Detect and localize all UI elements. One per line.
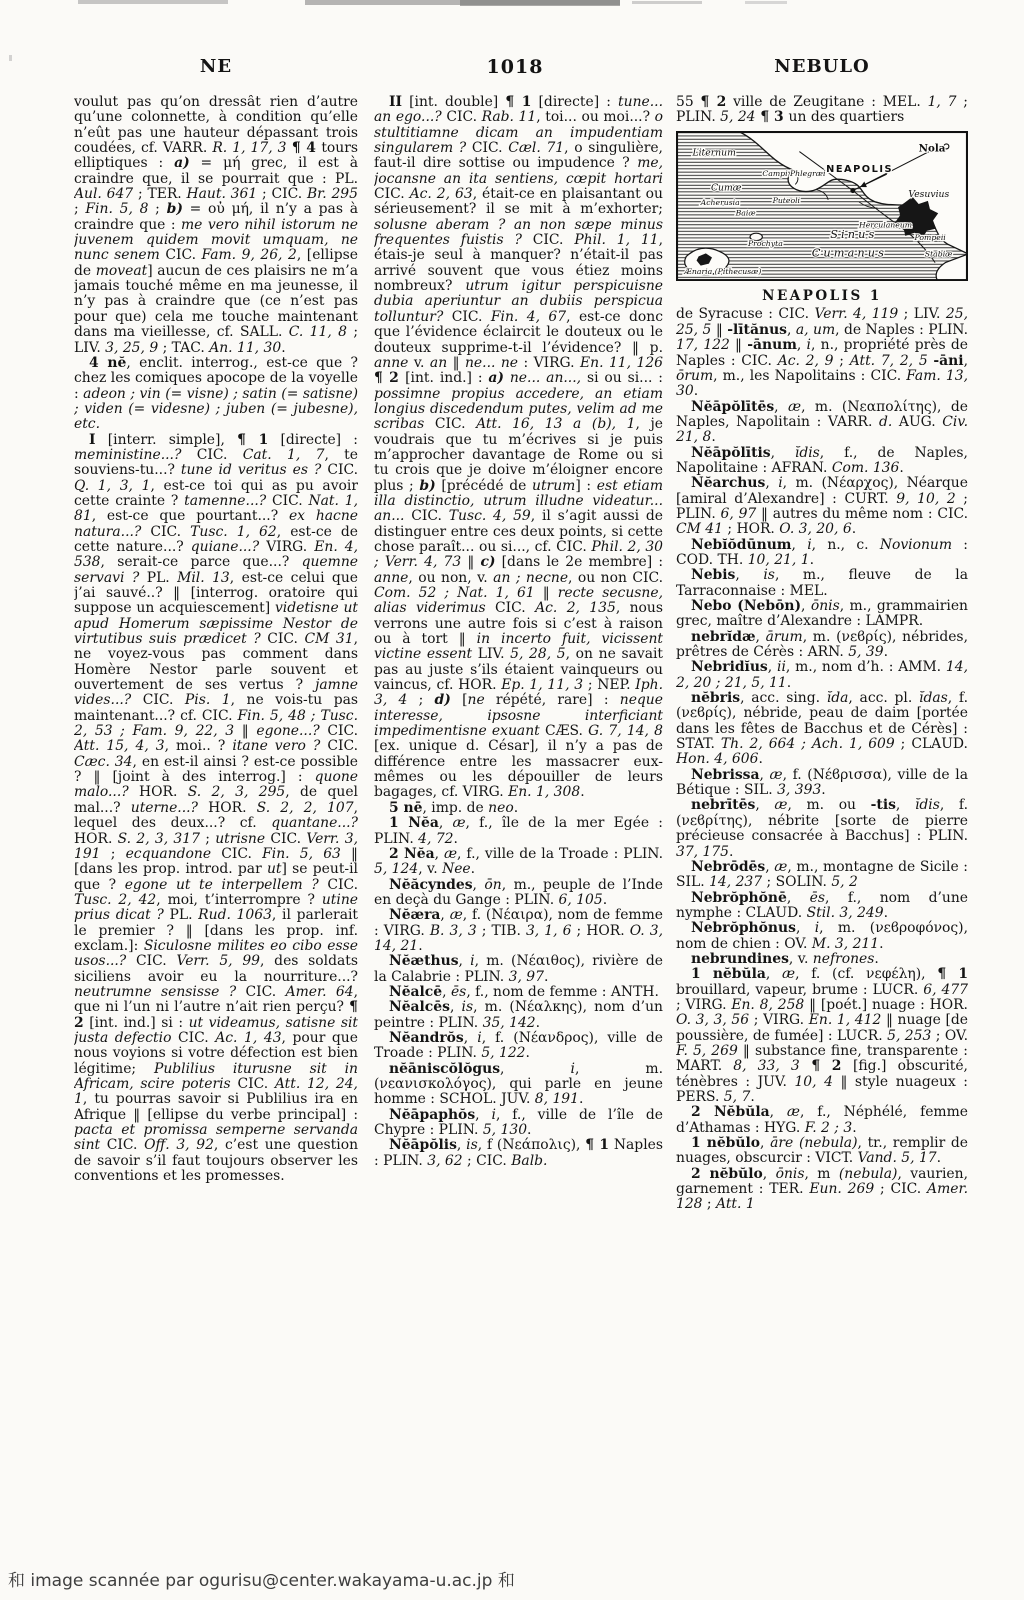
text-run: , — [765, 475, 778, 491]
text-run: Nebrŏphŏnē — [691, 890, 787, 906]
text-run: Tusc. 4, 59 — [449, 508, 531, 524]
text-run: 3, 62 — [427, 1153, 462, 1169]
text-run: , f., nom de femme : ANTH. — [466, 984, 659, 1000]
text-run: (nebula) — [839, 1166, 898, 1182]
text-run: CIC. — [442, 109, 482, 125]
text-run: , — [475, 1107, 491, 1123]
text-run: ; — [834, 353, 850, 369]
text-run: En. 11, 126 — [580, 355, 663, 371]
text-run: Fin. 4, 67 — [491, 309, 566, 325]
text-run: . — [536, 1015, 540, 1031]
text-run: Att. 7, 2, 5 — [850, 353, 928, 369]
text-run: [interr. simple], — [96, 432, 238, 448]
text-run: 8, 191 — [535, 1091, 579, 1107]
text-run: nĕāniscŏlŏgus — [389, 1061, 500, 1077]
text-run: æ — [787, 1104, 800, 1120]
text-run: Att. 15, 4, 3 — [74, 738, 165, 754]
text-run: , — [792, 537, 808, 553]
text-run: , m., les Napolitains : CIC. — [713, 368, 906, 384]
text-run: CIC. — [231, 1076, 275, 1092]
text-run: 5, 24 — [720, 109, 755, 125]
paragraph: II [int. double] ¶ 1 [directe] : tune...… — [374, 95, 663, 801]
text-run: Q. 1, 3, 1 — [74, 478, 150, 494]
text-run: CIC. — [486, 600, 535, 616]
text-run: , m. ou — [787, 797, 870, 813]
text-run: æ — [788, 399, 801, 415]
text-run: c) — [480, 554, 495, 570]
text-run: ; — [407, 692, 434, 708]
text-run: egone...? — [256, 723, 319, 739]
text-run: ne... an..., — [510, 370, 581, 386]
paragraph: Nĕăcyndes, ōn, m., peuple de l’Inde en d… — [374, 878, 663, 909]
text-run: Stil. 3, 249 — [807, 905, 884, 921]
text-run: brouillard, vapeur, brume : LUCR. — [676, 982, 923, 998]
text-run: Nebrissa — [691, 767, 759, 783]
text-run: 4, 72 — [418, 831, 453, 847]
text-run: II — [389, 95, 402, 110]
text-run: CÆS. — [540, 723, 588, 739]
text-run: uterne...? — [131, 800, 198, 816]
text-run: 1 Nĕa — [389, 815, 439, 831]
paragraph: Nebrŏphŏnē, ēs, f., nom d’une nymphe : C… — [676, 891, 968, 922]
text-run: Att. 1 — [716, 1196, 755, 1212]
text-run: Nebridĭus — [691, 659, 768, 675]
text-run: 14, 237 — [709, 874, 762, 890]
text-run: , toi... ou moi...? — [536, 109, 654, 125]
text-run: ; — [200, 831, 215, 847]
text-run: nefrones — [813, 951, 875, 967]
text-run: ; TIB. — [477, 923, 526, 939]
text-run: S. 2, 3, 317 — [118, 831, 200, 847]
text-run: ‖ — [447, 355, 465, 371]
text-run: Nĕarchus — [691, 475, 765, 491]
map-figure: LiternumNolaCampi PhlegræiNEAPOLISVesuvi… — [676, 131, 968, 305]
text-run: En. 1, 412 — [809, 1012, 882, 1028]
paragraph: Nĕāpŏlītēs, æ, m. (Νεαπολίτης), de Naple… — [676, 400, 968, 446]
text-run: Nebĭŏdūnum — [691, 537, 792, 553]
text-run: Ep. 1, 11, 3 — [501, 677, 583, 693]
text-run: a) — [488, 370, 504, 386]
text-run: CM 31 — [305, 631, 354, 647]
paragraph: Nĕarchus, i, m. (Νέαρχος), Néarque [amir… — [676, 476, 968, 537]
text-run: d. — [879, 414, 892, 430]
paragraph: I [interr. simple], ¶ 1 [directe] : memi… — [74, 433, 358, 1185]
text-run: Haut. 361 — [187, 186, 258, 202]
text-run: nebrundines — [691, 951, 789, 967]
text-run: ; CIC. — [257, 186, 307, 202]
text-run: , — [796, 920, 815, 936]
text-run: , — [765, 859, 774, 875]
text-run: , tu pourras savoir si Publilius ira en … — [74, 1091, 358, 1122]
text-run: . — [884, 644, 888, 660]
text-run: ¶ 3 — [756, 109, 789, 125]
text-run: ēs — [810, 890, 825, 906]
text-run: nebrītēs — [691, 797, 755, 813]
text-run: Nĕæra — [389, 907, 440, 923]
text-run: -lītănus — [727, 322, 787, 338]
text-run: G. 7, 14, 8 — [588, 723, 663, 739]
text-run: CIC. — [141, 524, 190, 540]
text-run: . — [884, 905, 888, 921]
text-run: : VIRG. — [518, 355, 580, 371]
text-run: -āni — [933, 353, 963, 369]
text-run: ‖ autres du même nom : CIC. — [756, 506, 968, 522]
text-run: [int. ind.] si : — [84, 1015, 189, 1031]
text-run: ; SOLIN. — [762, 874, 831, 890]
paragraph: Nĕāpŏlītis, ĭdis, f., de Naples, Napolit… — [676, 446, 968, 477]
scan-watermark: 和 image scannée par ogurisu@center.wakay… — [8, 1566, 515, 1591]
text-run: 5, 124 — [374, 861, 418, 877]
text-run: 8, 33, 3 — [733, 1058, 800, 1074]
text-run: Nĕāpaphŏs — [389, 1107, 475, 1123]
text-run: , — [464, 1030, 477, 1046]
text-run: Nĕăcyndes — [389, 877, 473, 893]
text-run: -tis — [871, 797, 896, 813]
text-run: En. 1, 308 — [508, 784, 580, 800]
text-run: Ac. 2, 9 — [778, 353, 834, 369]
text-run: 5, 28, 5 — [510, 646, 565, 662]
text-run: CIC. — [424, 416, 476, 432]
text-run: VIRG. — [259, 539, 314, 555]
text-run: Br. 295 — [307, 186, 358, 202]
text-run: ¶ 1 — [505, 95, 531, 110]
text-run: 5, 39 — [848, 644, 883, 660]
text-run: ōrum — [676, 368, 713, 384]
text-run: an — [430, 355, 447, 371]
text-run: Th. 2, 664 ; Ach. 1, 609 — [721, 736, 895, 752]
text-run: 3, 393 — [777, 782, 821, 798]
text-run: . — [874, 951, 878, 967]
map-label: Puteoli — [772, 196, 801, 205]
text-run: quiane...? — [191, 539, 259, 555]
text-run: 3, 1, 6 — [526, 923, 571, 939]
scan-noise-strip — [632, 1, 702, 4]
text-run: , v. — [418, 861, 442, 877]
text-run: neo — [488, 800, 514, 816]
text-run: C. 11, 8 — [289, 324, 347, 340]
text-run: 5, 2 — [831, 874, 858, 890]
text-run: CIC. — [131, 692, 185, 708]
text-run: ‖ [poét.] nuage : HOR. — [804, 997, 968, 1013]
text-run: . — [694, 383, 698, 399]
text-run: . — [750, 1089, 754, 1105]
text-run: , — [755, 797, 774, 813]
text-run: Att. 16, 13 a (b), 1 — [476, 416, 635, 432]
text-run: [précédé de — [436, 478, 532, 494]
text-run: a, um — [796, 322, 835, 338]
text-run: , — [473, 877, 485, 893]
text-run: ārum — [766, 629, 803, 645]
text-run: Nebrŏphŏnus — [691, 920, 796, 936]
text-run: . — [603, 892, 607, 908]
text-run: Aul. 647 — [74, 186, 133, 202]
text-run: , — [771, 445, 795, 461]
paragraph: Nĕāpaphŏs, i, f., ville de l’île de Chyp… — [374, 1108, 663, 1139]
text-run: , f., ville de la Troade : PLIN. — [457, 846, 663, 862]
column-3: 55 ¶ 2 ville de Zeugitane : MEL. 1, 7 ; … — [676, 95, 968, 1560]
text-run: HOR. — [74, 831, 118, 847]
text-run: adeon ; vin (= visne) ; satin (= satisne… — [74, 386, 358, 433]
text-run: 2 nĕbŭlo — [691, 1166, 763, 1182]
text-run: ; VIRG. — [676, 997, 731, 1013]
text-run: S. 2, 3, 295 — [188, 784, 285, 800]
text-run: , moi.. ? — [165, 738, 233, 754]
text-run: Nee — [442, 861, 471, 877]
text-run: . — [454, 831, 458, 847]
text-run: CIC. — [265, 831, 306, 847]
text-run: ‖ — [535, 585, 558, 601]
text-run: æ — [770, 767, 783, 783]
text-run: , — [801, 598, 811, 614]
text-run: . — [514, 800, 518, 816]
text-run: is — [763, 567, 775, 583]
text-run: Pis. 1 — [185, 692, 231, 708]
paragraph: nebrĭdæ, ārum, m. (νεϐρίς), nébrides, pr… — [676, 630, 968, 661]
page-number: 1018 — [370, 56, 660, 80]
text-run: CIC. — [171, 1030, 215, 1046]
text-run: Cæc. 34 — [74, 754, 133, 770]
text-run: Fin. 5, 63 — [262, 846, 341, 862]
text-run: ōn — [484, 877, 501, 893]
text-run: Nĕalcēs — [389, 999, 450, 1015]
paragraph: Nebĭŏdūnum, i, n., c. Novionum : COD. TH… — [676, 538, 968, 569]
text-run: 5, 122 — [481, 1045, 525, 1061]
paragraph: nĕbris, acc. sing. ĭda, acc. pl. ĭdas, f… — [676, 691, 968, 768]
text-run: CIC. — [266, 493, 308, 509]
paragraph: 55 ¶ 2 ville de Zeugitane : MEL. 1, 7 ; … — [676, 95, 968, 126]
text-run: ōnis — [811, 598, 840, 614]
map-label: Stabiæ — [925, 249, 953, 258]
text-run: ; — [74, 201, 85, 217]
text-run: CIC. — [522, 232, 574, 248]
text-run: . — [937, 1150, 941, 1166]
text-run: moveat — [96, 263, 147, 279]
text-run: 10, 21, 1 — [748, 552, 810, 568]
text-run: , — [756, 629, 766, 645]
text-run: CIC. — [126, 953, 176, 969]
text-run: Nĕandrŏs — [389, 1030, 464, 1046]
text-run: . — [879, 936, 883, 952]
text-run: 6, 105 — [559, 892, 603, 908]
text-run: [ — [451, 692, 468, 708]
text-run: , n., c. — [812, 537, 880, 553]
text-run: , m — [804, 1166, 838, 1182]
text-run: . — [281, 340, 285, 356]
text-run: ] : — [575, 478, 596, 494]
text-run: ‖ — [730, 337, 747, 353]
scan-noise-strip — [78, 0, 228, 4]
text-run: , est-ce que pourtant...? — [92, 508, 289, 524]
text-run: , — [787, 322, 796, 338]
paragraph: 1 Nĕa, æ, f., île de la mer Egée : PLIN.… — [374, 816, 663, 847]
text-run: 1 nĕbŭla — [691, 966, 766, 982]
text-run: 4 nĕ — [89, 355, 126, 371]
text-run: nĕbris — [691, 690, 740, 706]
text-run: ‖ — [234, 723, 256, 739]
text-run: CIC. — [404, 508, 448, 524]
text-run: . — [852, 521, 856, 537]
paragraph: Nĕāpŏlis, is, f (Νεάπολις), ¶ 1 Naples :… — [374, 1138, 663, 1169]
paragraph: 4 nĕ, enclit. interrog., est-ce que ? ch… — [74, 356, 358, 433]
text-run: neutrumne sensisse ? — [74, 984, 236, 1000]
paragraph: Nĕalcē, ēs, f., nom de femme : ANTH. — [374, 985, 663, 1000]
text-run: HOR. — [129, 784, 188, 800]
text-run: , de Naples : PLIN. — [835, 322, 968, 338]
map-label: Sinus — [830, 228, 877, 241]
map-label: Baiæ — [735, 208, 756, 217]
paragraph: 2 Nĕa, æ, f., ville de la Troade : PLIN.… — [374, 847, 663, 878]
text-run: ĭdis — [795, 445, 820, 461]
text-run: . — [418, 938, 422, 954]
text-run: Nebis — [691, 567, 735, 583]
text-run: æ — [774, 859, 787, 875]
map-label: Nola — [919, 142, 946, 154]
text-run: . — [579, 1091, 583, 1107]
paragraph: 1 nĕbŭla, æ, f. (cf. νεφέλη), ¶ 1 brouil… — [676, 967, 968, 1105]
text-run: PL. — [164, 907, 198, 923]
text-run: ; CIC. — [874, 1181, 927, 1197]
text-run: , — [759, 767, 769, 783]
text-run: Rab. 11 — [482, 109, 537, 125]
paragraph: 1 nĕbŭlo, āre (nebula), tr., remplir de … — [676, 1136, 968, 1167]
text-run: CIC. — [319, 877, 358, 893]
text-run: . — [758, 751, 762, 767]
text-run: Verr. 4, 119 — [814, 306, 898, 322]
text-run: . — [526, 1045, 530, 1061]
text-run: ōnis — [776, 1166, 805, 1182]
text-run: 1, 7 — [928, 95, 957, 110]
text-run: PL. — [139, 570, 177, 586]
text-run: O. 3, 20, 6 — [779, 521, 851, 537]
text-run: de Syracuse : CIC. — [676, 306, 814, 322]
text-run: ; HOR. — [571, 923, 629, 939]
map-svg: LiternumNolaCampi PhlegræiNEAPOLISVesuvi… — [676, 131, 968, 281]
text-run: , — [787, 890, 810, 906]
text-run: F. 5, 269 — [676, 1043, 738, 1059]
text-run: Nebo (Nebōn) — [691, 598, 801, 614]
text-run: , m., nom d’h. : AMM. — [786, 659, 946, 675]
text-run: 6, 477 — [923, 982, 968, 998]
text-run: Nĕāpŏlītis — [691, 445, 771, 461]
text-run: , — [439, 815, 453, 831]
text-run: . — [810, 552, 814, 568]
text-run: 5, 130 — [483, 1122, 527, 1138]
text-run: Eun. 269 — [809, 1181, 874, 1197]
text-run: utrisne — [215, 831, 265, 847]
text-run: ut — [267, 861, 282, 877]
text-run: ; OV. — [931, 1028, 968, 1044]
text-run: ecquandone — [126, 846, 212, 862]
text-run: , — [768, 659, 777, 675]
text-run: tamenne...? — [184, 493, 266, 509]
text-run: [directe] : — [268, 432, 358, 448]
scan-noise-strip — [745, 1, 787, 4]
map-label: NEAPOLIS — [826, 164, 893, 175]
text-run: Cæl. 71 — [508, 140, 564, 156]
text-run: , ou non, v. — [408, 570, 493, 586]
text-run: is — [462, 999, 474, 1015]
text-run: Ac. 2, 135 — [535, 600, 616, 616]
text-run: ; TER. — [133, 186, 186, 202]
text-run: , — [763, 1166, 776, 1182]
text-run: Cat. 1, 7 — [243, 447, 325, 463]
text-run: , — [760, 1135, 770, 1151]
text-run: ii — [777, 659, 786, 675]
paragraph: 2 Nĕbŭla, æ, f., Néphélé, femme d’Athama… — [676, 1105, 968, 1136]
text-run: 55 — [676, 95, 701, 110]
column-2: II [int. double] ¶ 1 [directe] : tune...… — [374, 95, 663, 1560]
paragraph: Nebrōdēs, æ, m., montagne de Sicile : SI… — [676, 860, 968, 891]
text-run: Nĕæthus — [389, 953, 459, 969]
text-run: . — [544, 969, 548, 985]
text-run: Off. 3, 92 — [144, 1137, 214, 1153]
text-run: ‖ — [711, 322, 727, 338]
map-label: Liternum — [691, 147, 736, 158]
text-run: . — [471, 861, 475, 877]
text-run: 5, 7 — [724, 1089, 751, 1105]
map-label: Prochyta — [747, 239, 783, 248]
text-run: Rud. 1063 — [198, 907, 272, 923]
text-run: B. 3, 3 — [430, 923, 477, 939]
text-run: , — [500, 1061, 570, 1077]
paragraph: Nebo (Nebōn), ōnis, m., grammairien grec… — [676, 599, 968, 630]
text-run: CIC. — [100, 1137, 144, 1153]
text-run: ; — [148, 201, 166, 217]
text-run: CIC. — [321, 462, 358, 478]
text-run: . — [527, 1122, 531, 1138]
text-run: æ — [452, 815, 465, 831]
text-run: Novionum — [880, 537, 952, 553]
text-run: Fin. 5, 8 — [85, 201, 148, 217]
text-run: , — [896, 797, 915, 813]
text-run: ; NEP. — [583, 677, 635, 693]
text-run: anne — [374, 570, 408, 586]
text-run: Tusc. 2, 42 — [74, 892, 156, 908]
text-run: 17, 122 — [676, 337, 730, 353]
text-run: An. 11, 30 — [209, 340, 281, 356]
scan-noise-strip — [460, 0, 620, 6]
scanned-dictionary-page: NE 1018 NEBULO voulut pas qu’on dressât … — [0, 0, 1024, 1600]
paragraph: nebrītēs, æ, m. ou -tis, ĭdis, f. (νεϐρί… — [676, 798, 968, 859]
text-run: æ — [444, 846, 457, 862]
paragraph: Nĕalcēs, is, m. (Νέαλκης), nom d’un pein… — [374, 1000, 663, 1031]
text-run: Nĕalcē — [389, 984, 442, 1000]
text-run: . — [729, 844, 733, 860]
text-run: b) — [419, 478, 435, 494]
text-run: utrum — [532, 478, 575, 494]
text-run: quantane...? — [271, 815, 358, 831]
paragraph: Nebridĭus, ii, m., nom d’h. : AMM. 14, 2… — [676, 660, 968, 691]
paragraph: Nĕandrŏs, i, f. (Νέανδρος), ville de Tro… — [374, 1031, 663, 1062]
text-run: , — [459, 953, 471, 969]
text-run: En. 8, 258 — [731, 997, 804, 1013]
text-run: . — [580, 784, 584, 800]
text-run: CIC. — [466, 140, 508, 156]
text-run: nebrĭdæ — [691, 629, 756, 645]
text-run: 5 nē — [389, 800, 422, 816]
text-run: ; LIV. — [898, 306, 946, 322]
text-run: répété, rare] : — [485, 692, 620, 708]
map-label: Vesuvius — [908, 188, 949, 199]
text-run: Nebrōdēs — [691, 859, 765, 875]
text-run: ne... ne — [465, 355, 518, 371]
text-run: ; TAC. — [158, 340, 209, 356]
text-run: , imp. de — [422, 800, 488, 816]
text-run: Hon. 4, 606 — [676, 751, 758, 767]
text-run: 37, 175 — [676, 844, 729, 860]
text-run: CIC. — [320, 738, 358, 754]
text-run: 6, 97 — [721, 506, 757, 522]
